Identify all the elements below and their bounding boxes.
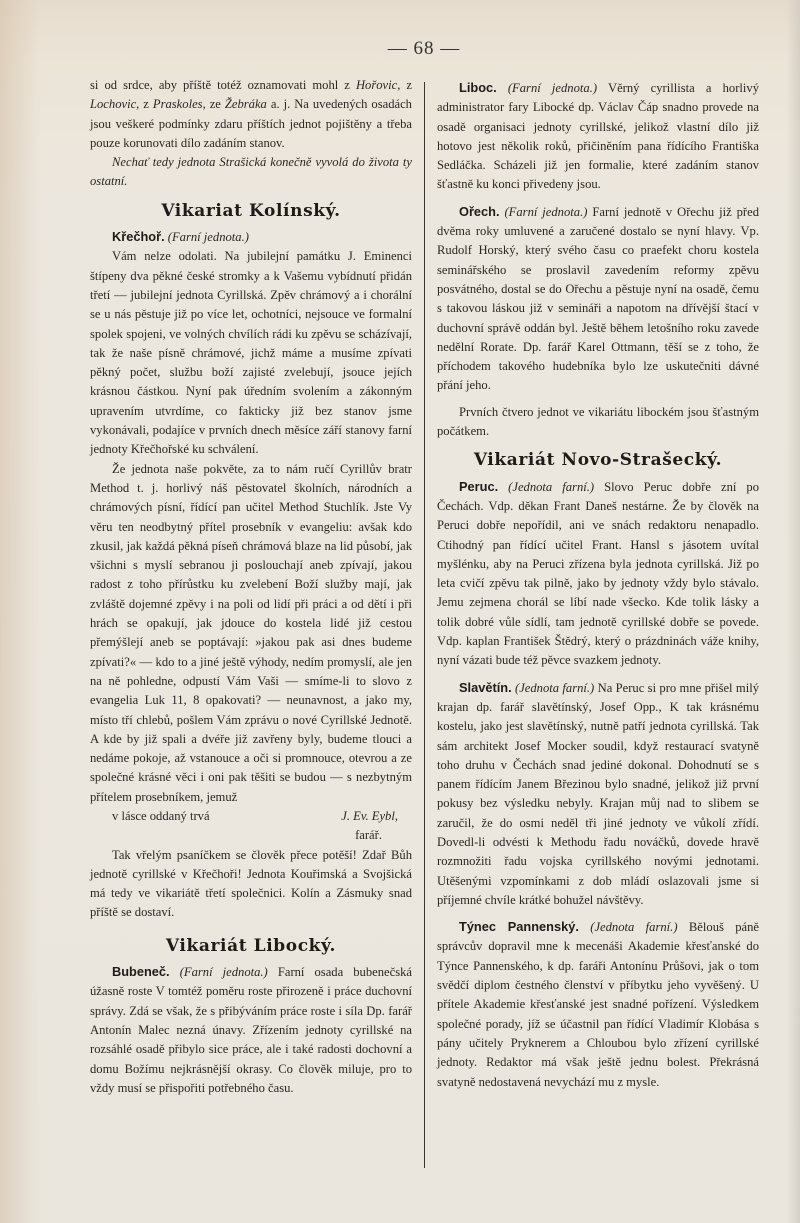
page-edge-shadow-right [786, 0, 800, 1223]
liboc-paragraph: Věrný cyrillista a horlivý administrator… [437, 81, 759, 191]
entry-bubenec: Bubeneč. (Farní jednota.) Farní osada bu… [90, 962, 412, 1098]
entry-peruc: Peruc. (Jednota farní.) Slovo Peruc dobř… [437, 477, 759, 671]
entry-place-name: Bubeneč. [112, 964, 170, 979]
entry-slavetin: Slavětín. (Jednota farní.) Na Peruc si p… [437, 678, 759, 911]
entry-type: (Farní jednota.) [504, 205, 587, 219]
entry-type: (Jednota farní.) [590, 920, 677, 934]
krechor-paragraph-1: Vám nelze odolati. Na jubilejní památku … [90, 247, 412, 459]
entry-place-name: Slavětín. [459, 680, 512, 695]
signature-title: farář. [90, 826, 412, 845]
place-praskoles: Praskoles [153, 97, 203, 111]
left-column: si od srdce, aby příště totéž oznamovati… [90, 76, 412, 1098]
entry-place-name: Peruc. [459, 479, 498, 494]
column-divider [424, 82, 425, 1168]
right-column: Liboc. (Farní jednota.) Věrný cyrillista… [437, 78, 759, 1092]
entry-place-name: Liboc. [459, 80, 497, 95]
entry-krechor: Křečhoř. (Farní jednota.) [90, 227, 412, 247]
entry-type: (Farní jednota.) [180, 965, 268, 979]
section-heading-kolinsky: Vikariat Kolínský. [90, 202, 412, 221]
place-horovice: Hořovic [356, 78, 397, 92]
tynec-paragraph: Bělouš páně správcův dopravil mne k mece… [437, 920, 759, 1088]
place-zebrak: Žebráka [225, 97, 267, 111]
entry-place-name: Křečhoř. [112, 229, 165, 244]
entry-type: (Farní jednota.) [508, 81, 597, 95]
entry-type: (Farní jednota.) [168, 230, 249, 244]
bubenec-paragraph: Farní osada bubenečská úžasně roste V to… [90, 965, 412, 1095]
entry-orech: Ořech. (Farní jednota.) Farní jednotě v … [437, 202, 759, 396]
entry-tynec-pannensky: Týnec Pannenský. (Jednota farní.) Bělouš… [437, 917, 759, 1092]
page-number: — 68 — [0, 38, 800, 60]
entry-place-name: Ořech. [459, 204, 500, 219]
entry-liboc: Liboc. (Farní jednota.) Věrný cyrillista… [437, 78, 759, 195]
intro-paragraph-1: si od srdce, aby příště totéž oznamovati… [90, 76, 412, 153]
krechor-paragraph-2: Že jednota naše pokvěte, za to nám ručí … [90, 460, 412, 807]
signature-name: J. Ev. Eybl, [341, 807, 398, 826]
entry-type: (Jednota farní.) [508, 480, 594, 494]
closing-phrase: v lásce oddaný trvá [112, 807, 210, 826]
page-edge-shadow-left [0, 0, 40, 1223]
entry-type: (Jednota farní.) [515, 681, 594, 695]
intro-paragraph-2: Nechať tedy jednota Strašická konečně vy… [90, 153, 412, 192]
libocky-summary: Prvních čtvero jednot ve vikariátu liboc… [437, 403, 759, 442]
section-heading-novo-strasecky: Vikariát Novo-Strašecký. [437, 451, 759, 470]
section-heading-libocky: Vikariát Libocký. [90, 937, 412, 956]
slavetin-paragraph: Na Peruc si pro mne přišel milý krajan d… [437, 681, 759, 907]
entry-place-name: Týnec Pannenský. [459, 919, 579, 934]
krechor-paragraph-3: Tak vřelým psaníčkem se člověk přece pot… [90, 846, 412, 923]
signature-line: v lásce oddaný trvá J. Ev. Eybl, [90, 807, 412, 826]
peruc-paragraph: Slovo Peruc dobře zní po Čechách. Vdp. d… [437, 480, 759, 668]
place-lochovice: Lochovic [90, 97, 136, 111]
orech-paragraph: Farní jednotě v Ořechu již před dvěma ro… [437, 205, 759, 393]
